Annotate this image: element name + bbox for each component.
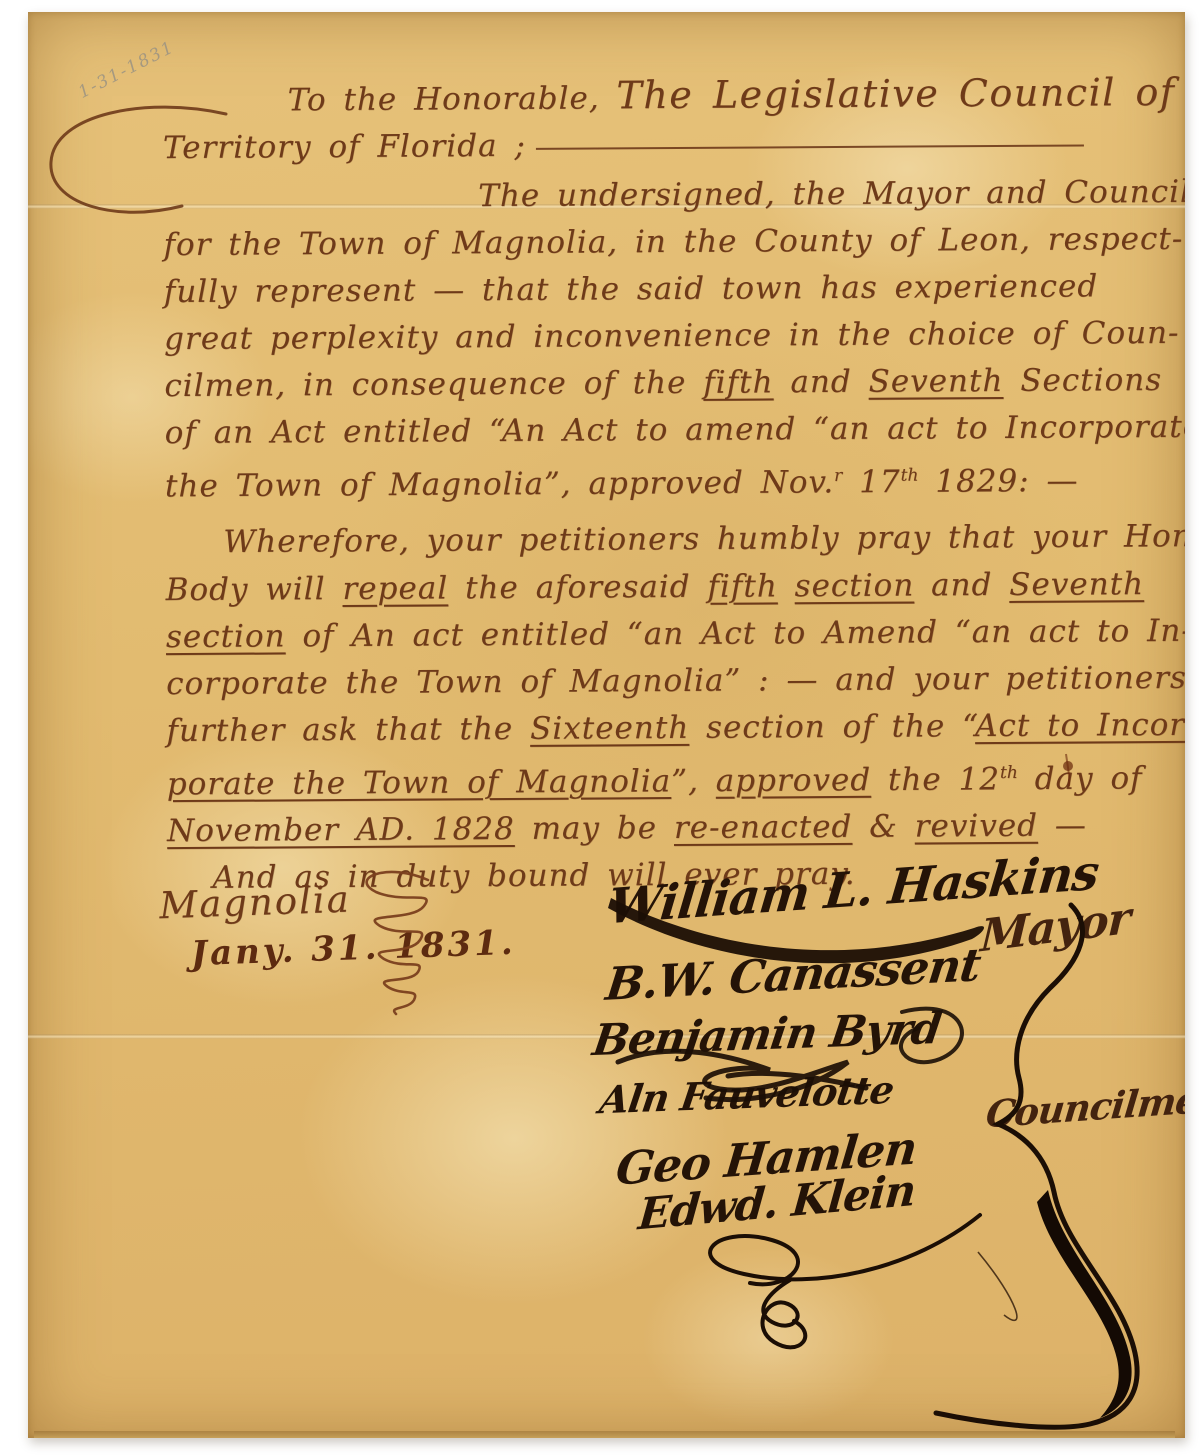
signature-councilman-3: Aln Fauvelotte [599, 1067, 894, 1122]
manuscript-text-segment: Act to Incor- [975, 706, 1185, 743]
manuscript-text: To the Honorable, The Legislative Counci… [162, 69, 1183, 902]
manuscript-text-segment: revived [915, 808, 1039, 845]
signature-councilman-2: Benjamin Byrd [592, 1004, 941, 1066]
manuscript-line: The undersigned, the Mayor and Councilme… [478, 169, 1179, 220]
bracket-heavy-stroke [1037, 1190, 1132, 1418]
manuscript-line: To the Honorable, The Legislative Counci… [287, 69, 1178, 124]
manuscript-text-segment: the aforesaid [448, 568, 707, 606]
manuscript-line: further ask that the Sixteenth section o… [166, 702, 1182, 755]
manuscript-line: Territory of Florida ; [163, 119, 1179, 172]
manuscript-line: fully represent — that the said town has… [164, 263, 1180, 316]
manuscript-line: the Town of Magnolia”, approved Nov.r 17… [165, 451, 1181, 511]
manuscript-text-segment: the Town of Magnolia”, approved Nov. [165, 464, 834, 504]
klein-hairline [978, 1252, 1017, 1320]
blank-rule [536, 142, 1084, 149]
manuscript-paper: 1-31-1831 To the Honorable, The Legislat… [28, 12, 1185, 1438]
manuscript-text-segment: and [914, 567, 1009, 604]
manuscript-text-segment: further ask that the [166, 711, 530, 749]
manuscript-text-segment: — [1038, 807, 1087, 843]
councilmen-label: Councilmen [985, 1076, 1185, 1137]
manuscript-line: cilmen, in consequence of the fifth and … [164, 357, 1180, 410]
manuscript-text-segment: Body will [166, 571, 343, 608]
manuscript-text-segment: fifth [707, 568, 778, 604]
manuscript-line: Wherefore, your petitioners humbly pray … [223, 507, 1181, 566]
manuscript-text-segment: great perplexity and inconvenience in th… [164, 315, 1180, 357]
manuscript-text-segment: The undersigned, the Mayor and Councilme… [478, 173, 1185, 214]
manuscript-text-segment: section of the “ [689, 708, 975, 746]
manuscript-text-segment: th [1000, 763, 1018, 783]
manuscript-line: porate the Town of Magnolia”, approved t… [167, 749, 1183, 809]
manuscript-text-segment: section [794, 567, 914, 604]
manuscript-line: corporate the Town of Magnolia” : — and … [166, 655, 1182, 708]
manuscript-line: Body will repeal the aforesaid fifth sec… [165, 561, 1181, 614]
paper-bottom-edge [34, 1431, 1175, 1438]
manuscript-text-segment: section [166, 618, 286, 655]
manuscript-text-segment [778, 568, 795, 604]
manuscript-text-segment: re-enacted [674, 809, 853, 846]
manuscript-text-segment: To the Honorable, [288, 80, 617, 118]
manuscript-text-segment: fifth [703, 364, 774, 400]
manuscript-text-segment: corporate the Town of Magnolia” : — and … [166, 660, 1185, 702]
manuscript-text-segment: Seventh [1009, 566, 1144, 603]
manuscript-text-segment: the 12 [871, 761, 1000, 798]
manuscript-text-segment: Territory of Florida ; [163, 128, 526, 166]
manuscript-text-segment: The Legislative Council of the [616, 69, 1185, 117]
manuscript-text-segment: and [773, 364, 868, 401]
manuscript-line: great perplexity and inconvenience in th… [164, 310, 1180, 363]
manuscript-line: of an Act entitled “An Act to amend “an … [165, 404, 1181, 457]
manuscript-text-segment: Sixteenth [530, 710, 689, 747]
manuscript-text-segment: may be [515, 810, 674, 847]
signature-councilman-1: B.W. Canassent [605, 938, 981, 1011]
manuscript-text-segment: porate the Town of Magnolia [167, 763, 672, 802]
manuscript-text-segment: of an Act entitled “An Act to amend “an … [165, 409, 1185, 451]
manuscript-line: for the Town of Magnolia, in the County … [163, 216, 1179, 269]
manuscript-text-segment: Sections [1003, 362, 1162, 399]
manuscript-text-segment: ”, [671, 763, 716, 799]
manuscript-text-segment: November AD. 1828 [167, 811, 515, 849]
manuscript-text-segment: approved [716, 762, 872, 799]
manuscript-line: November AD. 1828 may be re-enacted & re… [167, 802, 1183, 855]
manuscript-text-segment: Wherefore, your petitioners humbly pray … [223, 518, 1185, 560]
manuscript-text-segment: 1829: — [918, 463, 1078, 500]
manuscript-line: section of An act entitled “an Act to Am… [166, 608, 1182, 661]
dateline: Magnolia Jany. 31. 1831. [159, 872, 517, 975]
manuscript-text-segment: day of [1018, 760, 1143, 797]
manuscript-text-segment: & [852, 809, 915, 845]
dateline-date: Jany. 31. 1831. [190, 923, 516, 974]
manuscript-text-segment: Seventh [868, 363, 1003, 400]
scan-background: 1-31-1831 To the Honorable, The Legislat… [0, 0, 1200, 1456]
klein-flourish-icon [710, 1215, 980, 1347]
manuscript-text-segment: 17 [842, 464, 901, 500]
manuscript-text-segment: fully represent — that the said town has… [164, 268, 1099, 310]
manuscript-text-segment: of An act entitled “an Act to Amend “an … [285, 612, 1185, 654]
manuscript-text-segment: th [901, 466, 919, 486]
manuscript-text-segment: for the Town of Magnolia, in the County … [163, 221, 1183, 263]
manuscript-text-segment: cilmen, in consequence of the [164, 365, 703, 404]
manuscript-text-segment: repeal [342, 570, 448, 607]
